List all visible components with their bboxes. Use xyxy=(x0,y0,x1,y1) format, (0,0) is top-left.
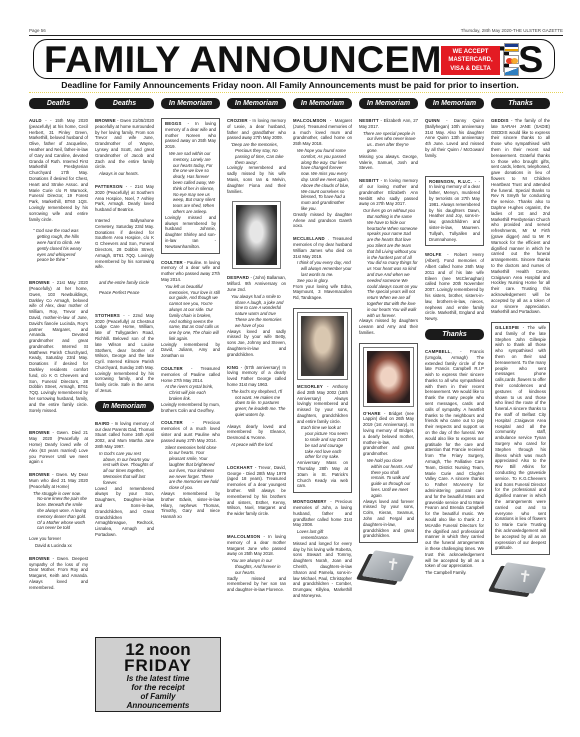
advert-line: Announcements xyxy=(96,701,220,710)
portrait-image xyxy=(236,205,277,265)
badge-line: VISA & DELTA xyxy=(441,65,500,74)
notice-crozier: CROZIER - In loving memory of Lexie, a d… xyxy=(227,118,286,194)
notice-montgomery: MONTGOMERY - Precious memories of John, … xyxy=(293,499,352,599)
notice-despard: DESPARD - (John) Ballaman, Milford. 9th … xyxy=(227,275,286,357)
section-header-in-memoriam: In Memoriam xyxy=(425,98,484,109)
notice-coulter: COULTER - Treasured memories of Pauline … xyxy=(161,366,220,413)
payment-badge: WE ACCEPT MASTERCARD, VISA & DELTA xyxy=(441,46,500,75)
visa-card-icon xyxy=(504,43,519,52)
column-deaths-1: Deaths AULD - - 15th May 2020 (peacefull… xyxy=(29,98,88,598)
section-header-in-memoriam: In Memoriam xyxy=(161,98,220,109)
mastercard-icon xyxy=(504,55,519,64)
portrait-image xyxy=(367,351,410,403)
notice-patterson: PATTERSON - - 21st May 2020 (Peacefully)… xyxy=(95,184,154,296)
notice-beggs: BEGGS - In loving memory of a dear wife … xyxy=(161,118,220,254)
card-logos xyxy=(504,43,519,79)
section-header-deaths: Deaths xyxy=(29,98,88,109)
section-header-in-memoriam: In Memoriam xyxy=(293,98,352,109)
advert-line: FRIDAY xyxy=(96,658,220,674)
column-memoriam-2: In Memoriam CROZIER - In loving memory o… xyxy=(227,98,286,600)
advert-line: of Family xyxy=(96,692,220,701)
section-header-thanks: Thanks xyxy=(491,98,550,109)
delta-card-icon xyxy=(504,67,519,76)
notice-browne: BROWNE - Gwen 21/05/2020 peacefully at h… xyxy=(95,118,154,177)
section-header-in-memoriam: In Memoriam xyxy=(227,98,286,109)
column-memoriam-3: In Memoriam MALCOLMSON - Margaret (June)… xyxy=(293,98,352,606)
notice-stothers: STOTHERS - - 22nd May 2020 (Peacefully) … xyxy=(95,313,154,394)
notice-coulter: COULTER - Precious memories of a much lo… xyxy=(161,420,220,520)
section-header-in-memoriam: In Memoriam xyxy=(359,98,418,109)
badge-line: WE ACCEPT xyxy=(441,48,500,57)
notice-nesbitt: NESBITT - Elizabeth Ann, 27 May 2017. Th… xyxy=(359,118,418,171)
photo-ohare xyxy=(363,347,414,407)
page-number: Page 56 xyxy=(29,28,46,33)
column-memoriam-5: In Memoriam QUINN - Danny Quinn (Ballyhe… xyxy=(425,98,484,583)
advert-line: for the receipt xyxy=(96,683,220,692)
notice-ohare: O'HARE - Bridget (nee Lappin) died on 26… xyxy=(359,343,418,544)
column-thanks: Thanks GEDDIS - The family of the late S… xyxy=(491,98,550,603)
bible-icon: ✝ xyxy=(361,549,416,587)
notice-robinson: ROBINSON, R.U.C. - - In loving memory of… xyxy=(425,176,484,247)
notice-malcolmson: MALCOLMSON - In loving memory of a dear … xyxy=(227,534,286,593)
notice-browne: BROWNE - Gwen. Died 21 May 2020 (Peacefu… xyxy=(29,430,88,465)
bible-icon: ✝ xyxy=(493,561,548,599)
notice-geddis: GEDDIS - The family of the late SARAH JA… xyxy=(491,118,550,315)
notice-coulter: COULTER - Pauline. In loving memory of a… xyxy=(161,260,220,360)
notice-baird: BAIRD - In loving memory of our dear Par… xyxy=(95,421,154,538)
header-rule xyxy=(29,35,563,36)
section-header-thanks: Thanks xyxy=(425,329,484,340)
notice-gillespie: GILLESPIE - The wife and family of the l… xyxy=(491,322,550,555)
notice-malcolmson: MALCOLMSON - Margaret (June). Treasured … xyxy=(293,118,352,229)
portrait-image xyxy=(301,316,344,376)
notice-king: KING - (57th anniversary) In loving memo… xyxy=(227,365,286,448)
dateline: Thursday, 28th May 2020-THE ULSTER GAZET… xyxy=(461,28,563,33)
section-header-in-memoriam: In Memoriam xyxy=(95,401,154,412)
photo-crozier xyxy=(232,201,281,269)
notice-browne: BROWNE - Gwen. My Dear Mum who died 21 M… xyxy=(29,472,88,549)
section-header-deaths: Deaths xyxy=(95,98,154,109)
notice-lockhart: LOCKHART - Trevor, David, George - Died … xyxy=(227,465,286,517)
deadline-notice: Deadline for Family Announcements Friday… xyxy=(0,80,580,90)
column-deaths-2: Deaths BROWNE - Gwen 21/05/2020 peaceful… xyxy=(95,98,154,545)
notice-browne: BROWNE - Gwen. Deepest sympathy of the l… xyxy=(29,556,88,591)
notice-mcsorley: MCSORLEY - Anthony died 28th May 2002 (1… xyxy=(293,308,352,493)
deadline-advert: 12 noon FRIDAY Is the latest time for th… xyxy=(95,637,221,712)
divider xyxy=(29,92,563,93)
notice-browne: BROWNE - 21st May 2020 (Peacefully) at h… xyxy=(29,280,88,413)
title-banner: FAMILY ANNOUNCEMENTS WE ACCEPT MASTERCAR… xyxy=(33,39,555,79)
column-memoriam-4: In Memoriam NESBITT - Elizabeth Ann, 27 … xyxy=(359,98,418,591)
notice-quinn: QUINN - Danny Quinn (Ballyhegan) 10th an… xyxy=(425,118,484,159)
column-memoriam-1: In Memoriam BEGGS - In loving memory of … xyxy=(161,98,220,527)
notice-nesbitt: NESBITT - In loving memory of our loving… xyxy=(359,178,418,336)
badge-line: MASTERCARD, xyxy=(441,56,500,65)
notice-auld: AULD - - 15th May 2020 (peacefully) at h… xyxy=(29,118,88,263)
notice-mcclelland: MCCLELLAND . Treasured memories of my de… xyxy=(293,236,352,301)
advert-line: Is the latest time xyxy=(96,674,220,683)
photo-mcsorley xyxy=(297,312,348,380)
page-header: Page 56 Thursday, 28th May 2020-THE ULST… xyxy=(29,26,563,36)
notice-wolfe: WOLFE - Robert Henry (Albert). Fond memo… xyxy=(425,252,484,322)
notice-campbell: CAMPBELL, - Francis (Umgola, Armagh) The… xyxy=(425,349,484,576)
